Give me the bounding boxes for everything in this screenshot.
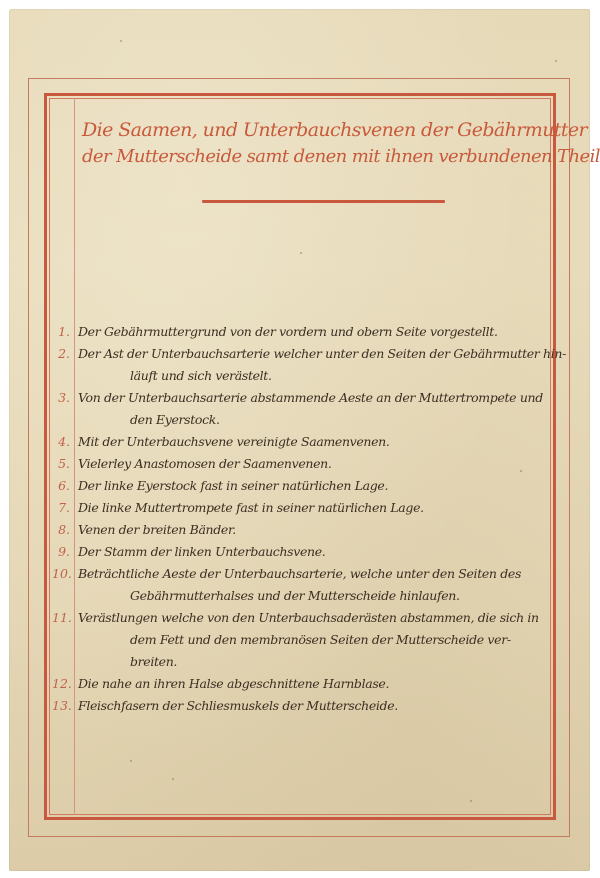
legend-entry: 1. Der Gebährmuttergrund von der vordern… (52, 321, 552, 343)
entry-number: 1. (52, 321, 78, 343)
entry-text: Der Gebährmuttergrund von der vordern un… (78, 321, 552, 343)
entry-text: Der Stamm der linken Unterbauchsvene. (78, 541, 552, 563)
title-line-1: Die Saamen, und Unterbauchsvenen der Geb… (82, 116, 552, 144)
entry-text-continuation: dem Fett und den membranösen Seiten der … (78, 629, 552, 651)
paper-spot (520, 470, 522, 472)
entry-text: Der Ast der Unterbauchsarterie welcher u… (78, 343, 566, 365)
paper-spot (555, 60, 557, 62)
entry-number: 2. (52, 343, 78, 365)
legend-entry: 4. Mit der Unterbauchsvene vereinigte Sa… (52, 431, 552, 453)
legend-entry: 12. Die nahe an ihren Halse abgeschnitte… (52, 673, 552, 695)
entry-text: Die nahe an ihren Halse abgeschnittene H… (78, 673, 552, 695)
legend-entry: 5. Vielerley Anastomosen der Saamenvenen… (52, 453, 552, 475)
entry-text-continuation: breiten. (78, 651, 552, 673)
entry-number: 5. (52, 453, 78, 475)
entry-number: 10. (52, 563, 78, 585)
entry-number: 6. (52, 475, 78, 497)
entry-text: Fleischfasern der Schliesmuskels der Mut… (78, 695, 552, 717)
paper-spot (130, 760, 132, 762)
entry-number: 11. (52, 607, 78, 629)
paper-spot (470, 800, 472, 802)
entry-text: Beträchtliche Aeste der Unterbauchsarter… (78, 563, 552, 585)
entry-text-continuation: läuft und sich verästelt. (78, 365, 566, 387)
entry-number: 7. (52, 497, 78, 519)
entry-number: 9. (52, 541, 78, 563)
legend-entry: 8. Venen der breiten Bänder. (52, 519, 552, 541)
entry-text: Die linke Muttertrompete fast in seiner … (78, 497, 552, 519)
entry-number: 3. (52, 387, 78, 409)
legend-entry: 6. Der linke Eyerstock fast in seiner na… (52, 475, 552, 497)
legend-entry: 9. Der Stamm der linken Unterbauchsvene. (52, 541, 552, 563)
legend-entry: 10. Beträchtliche Aeste der Unterbauchsa… (52, 563, 552, 607)
title-line-2: der Mutterscheide samt denen mit ihnen v… (82, 144, 552, 170)
legend-entry: 13. Fleischfasern der Schliesmuskels der… (52, 695, 552, 717)
entry-text-continuation: den Eyerstock. (78, 409, 552, 431)
legend-entry: 2. Der Ast der Unterbauchsarterie welche… (52, 343, 552, 387)
entry-number: 8. (52, 519, 78, 541)
entry-number: 12. (52, 673, 78, 695)
entry-text: Von der Unterbauchsarterie abstammende A… (78, 387, 552, 409)
paper-spot (120, 40, 122, 42)
entry-text: Venen der breiten Bänder. (78, 519, 552, 541)
entry-number: 4. (52, 431, 78, 453)
legend-entry: 3. Von der Unterbauchsarterie abstammend… (52, 387, 552, 431)
legend-entry: 7. Die linke Muttertrompete fast in sein… (52, 497, 552, 519)
entry-text: Verästlungen welche von den Unterbauchsa… (78, 607, 552, 629)
legend-list: 1. Der Gebährmuttergrund von der vordern… (52, 321, 552, 717)
entry-text-continuation: Gebährmutterhalses und der Mutterscheide… (78, 585, 552, 607)
title-underline (202, 200, 445, 203)
entry-number: 13. (52, 695, 78, 717)
entry-text: Mit der Unterbauchsvene vereinigte Saame… (78, 431, 552, 453)
paper-spot (300, 252, 302, 254)
paper-spot (172, 778, 174, 780)
entry-text: Vielerley Anastomosen der Saamenvenen. (78, 453, 552, 475)
page-title: Die Saamen, und Unterbauchsvenen der Geb… (82, 116, 552, 170)
legend-entry: 11. Verästlungen welche von den Unterbau… (52, 607, 552, 673)
entry-text: Der linke Eyerstock fast in seiner natür… (78, 475, 552, 497)
